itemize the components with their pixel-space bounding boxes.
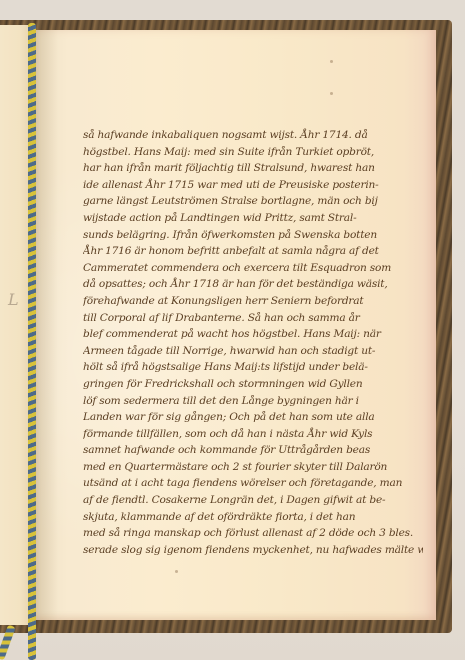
paper-spot — [175, 570, 178, 573]
text-line: skjuta, klammande af det ofördräkte fior… — [83, 509, 423, 526]
text-line: sunds belägring. Ifrån öfwerkomsten på S… — [83, 227, 423, 244]
bookmark-cord — [28, 23, 36, 660]
text-line: gringen för Fredrickshall och stormninge… — [83, 376, 423, 393]
text-line: ide allenast Åhr 1715 war med uti de Pre… — [83, 177, 423, 194]
text-line: garne längst Leutströmen Stralse bortlag… — [83, 193, 423, 210]
text-line: serade slog sig igenom fiendens myckenhe… — [83, 542, 423, 559]
paper-spot — [330, 92, 333, 95]
text-line: blef commenderat på wacht hos högstbel. … — [83, 326, 423, 343]
text-line: af de fiendtl. Cosakerne Longrän det, i … — [83, 492, 423, 509]
text-line: då opsattes; och Åhr 1718 är han för det… — [83, 276, 423, 293]
text-line: Åhr 1716 är honom befritt anbefalt at sa… — [83, 243, 423, 260]
text-line: Armeen tågade till Norrige, hwarwid han … — [83, 343, 423, 360]
text-line: har han ifrån marit följachtig till Stra… — [83, 160, 423, 177]
left-facing-page — [0, 25, 28, 625]
text-line: till Corporal af lif Drabanterne. Så han… — [83, 310, 423, 327]
text-line: så hafwande inkabaliquen nogsamt wijst. … — [83, 127, 423, 144]
text-line: samnet hafwande och kommande för Uttrågå… — [83, 442, 423, 459]
paper-spot — [330, 60, 333, 63]
text-line: förmande tillfällen, som och då han i nä… — [83, 426, 423, 443]
text-line: Landen war för sig gången; Och på det ha… — [83, 409, 423, 426]
text-line: förehafwande at Konungsligen herr Senier… — [83, 293, 423, 310]
text-line: med en Quartermästare och 2 st fourier s… — [83, 459, 423, 476]
text-line: med så ringa manskap och förlust allenas… — [83, 525, 423, 542]
text-line: wijstade action på Landtingen wid Prittz… — [83, 210, 423, 227]
margin-mark: L — [8, 290, 19, 309]
text-line: löf som sedermera till det den Långe byg… — [83, 393, 423, 410]
text-line: hölt så ifrå högstsalige Hans Maij:ts li… — [83, 359, 423, 376]
manuscript-text: så hafwande inkabaliquen nogsamt wijst. … — [83, 127, 423, 558]
text-line: Cammeratet commendera och exercera tilt … — [83, 260, 423, 277]
text-line: utsänd at i acht taga fiendens wörelser … — [83, 475, 423, 492]
manuscript-photo: L så hafwande inkabaliquen nogsamt wijst… — [0, 0, 465, 660]
text-line: högstbel. Hans Maij: med sin Suite ifrån… — [83, 144, 423, 161]
gutter-shadow — [36, 30, 58, 620]
